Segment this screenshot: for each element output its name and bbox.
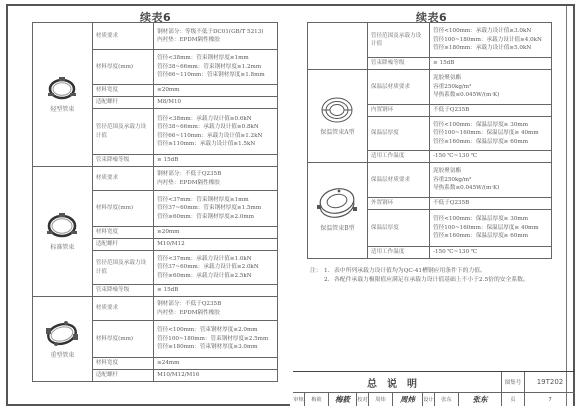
page-number: 7	[525, 393, 575, 406]
property-label: 管束降噪等级	[92, 285, 153, 297]
property-label: 材料厚度(mm)	[92, 50, 153, 85]
drawing-title: 总说明	[293, 372, 502, 393]
table-row: 保温管束B型 保温层材质要求 泥胶聚氨酯容重250kg/m³导热系数≤0.045…	[308, 163, 552, 198]
property-label: 材质要求	[92, 167, 153, 191]
value-text: 不低于Q235B	[430, 105, 552, 117]
property-label: 保温层材质要求	[367, 70, 429, 105]
value-text: ≥20mm	[154, 227, 278, 239]
light-pipe-clamp-icon	[45, 74, 79, 102]
category-light-clamp: 轻型管束	[33, 23, 93, 167]
value-text: 管径≥110mm：承载力设计值≥1.5kN	[157, 140, 274, 149]
value-text: 管径100~160mm：保温层厚度≥ 40mm	[433, 129, 548, 138]
value-text: 管径37~60mm：承载力设计值≥2.0kN	[157, 263, 274, 272]
table-row: 重型管束 材质要求 钢材部分：不低于Q235B内衬垫：EPDM隔性橡胶	[33, 297, 278, 321]
signature-row: 审核 梅筱 梅筱 校对 周炜 周炜 设计 张东 张东 页 7	[293, 393, 575, 406]
value-text: 导热系数≤0.045W/(m·K)	[433, 184, 548, 193]
value-text: 管径≥160mm：保温层厚度≥ 60mm	[433, 138, 548, 147]
property-label: 保温层厚度	[367, 117, 429, 151]
table-row: 保温管束A型 保温层材质要求 泥胶聚氨酯容重250kg/m³导热系数≤0.045…	[308, 70, 552, 105]
value-text: 管径<100mm：保温层厚度≥ 30mm	[433, 121, 548, 130]
property-label: 保温层材质要求	[367, 163, 429, 198]
value-text: 容重250kg/m³	[433, 83, 548, 92]
value-text: 管径<38mm：管束钢材厚度≥1mm	[157, 54, 274, 63]
note-number: 1.	[324, 267, 334, 276]
category-label: 标准管束	[50, 244, 74, 251]
property-label: 外置钢环	[367, 198, 429, 210]
value-text: ≥ 15dB	[154, 285, 278, 297]
atlas-number-label: 图集号	[502, 372, 525, 393]
insulated-clamp-a-icon	[319, 95, 355, 125]
property-label: 适用工作温度	[367, 151, 429, 163]
table-row: 标准管束 材质要求 钢材部分：不低于Q235B内衬垫：EPDM隔性橡胶	[33, 167, 278, 191]
property-label: 材料宽度	[92, 227, 153, 239]
value-text: 泥胶聚氨酯	[433, 74, 548, 83]
value-text: 管径38~66mm：承载力设计值≥0.8kN	[157, 123, 274, 132]
reviewer-name: 梅筱	[305, 393, 329, 406]
value-text: 钢材部分：不低于Q235B	[157, 170, 274, 179]
property-label: 管径范围及承载力设计值	[92, 251, 153, 285]
value-text: 管径≥60mm：承载力设计值≥2.5kN	[157, 272, 274, 281]
property-label: 保温层厚度	[367, 210, 429, 247]
property-label: 管束降噪等级	[367, 58, 429, 70]
property-label: 管束降噪等级	[92, 155, 153, 167]
category-label: 保温管束A型	[320, 129, 354, 136]
property-label: 材料宽度	[92, 358, 153, 370]
design-label: 设计	[423, 393, 435, 406]
notes: 注： 1. 表中所列承载力设计值均为QC-41槽钢应用条件下的力值。 2. 各配…	[310, 267, 555, 285]
table-row: 轻型管束 材质要求 钢材部分：等级不低于DC01(GB/T 5213)内衬垫：E…	[33, 23, 278, 50]
designer-signature: 张东	[459, 393, 502, 406]
left-spec-table: 轻型管束 材质要求 钢材部分：等级不低于DC01(GB/T 5213)内衬垫：E…	[32, 22, 278, 382]
property-label: 内置钢环	[367, 105, 429, 117]
value-text: 管径≥180mm：管束钢材厚度≥3.0mm	[157, 343, 274, 352]
note-text: 各配件承载力极限值应满足在承载力设计值基础上不小于2.5倍的安全系数。	[334, 276, 529, 285]
value-text: 内衬垫：EPDM隔性橡胶	[157, 309, 274, 318]
value-text: M10/M12/M16	[154, 370, 278, 382]
value-text: 管径≥160mm：保温层厚度≥ 60mm	[433, 232, 548, 241]
property-label: 材质要求	[92, 23, 153, 50]
note-item: 注： 1. 表中所列承载力设计值均为QC-41槽钢应用条件下的力值。	[310, 267, 555, 276]
property-label: 材料厚度(mm)	[92, 191, 153, 227]
value-text: 内衬垫：EPDM隔性橡胶	[157, 36, 274, 45]
standard-pipe-clamp-icon	[44, 210, 80, 240]
check-label: 校对	[357, 393, 369, 406]
value-text: 导热系数≤0.045W/(m·K)	[433, 91, 548, 100]
value-text: 内衬垫：EPDM隔性橡胶	[157, 179, 274, 188]
value-text: 管径<37mm：管束钢材厚度≥1mm	[157, 196, 274, 205]
category-insulated-clamp-b: 保温管束B型	[308, 163, 368, 259]
title-block: 总说明 图集号 19T202 审核 梅筱 梅筱 校对 周炜 周炜 设计 张东 张…	[293, 371, 575, 406]
value-text: 管径≥180mm：承载力设计值≥5.0kN	[433, 44, 548, 53]
value-text: 钢材部分：等级不低于DC01(GB/T 5213)	[157, 28, 274, 37]
category-insulated-clamp-a: 保温管束A型	[308, 70, 368, 163]
right-spec-table: 管径范围及承载力设计值 管径<100mm：承载力设计值≥3.0kN管径100~1…	[307, 22, 552, 259]
value-text: 钢材部分：不低于Q235B	[157, 300, 274, 309]
value-text: 管径<100mm：保温层厚度≥ 30mm	[433, 215, 548, 224]
reviewer-signature: 梅筱	[329, 393, 357, 406]
property-label: 适用工作温度	[367, 247, 429, 259]
value-text: 管径38~66mm：管束钢材厚度≥1.2mm	[157, 63, 274, 72]
value-text: 不低于Q235B	[430, 198, 552, 210]
value-text: M10/M12	[154, 239, 278, 251]
atlas-number: 19T202	[525, 372, 575, 393]
category-standard-clamp: 标准管束	[33, 167, 93, 297]
value-text: 管径<37mm：承载力设计值≥1.0kN	[157, 255, 274, 264]
value-text: ≥ 15dB	[154, 155, 278, 167]
page-label: 页	[502, 393, 525, 406]
property-label: 管径范围及承载力设计值	[92, 109, 153, 155]
value-text: ≥20mm	[154, 85, 278, 97]
property-label: 材料厚度(mm)	[92, 321, 153, 358]
note-number: 2.	[324, 276, 334, 285]
checker-name: 周炜	[369, 393, 393, 406]
note-item: 2. 各配件承载力极限值应满足在承载力设计值基础上不小于2.5倍的安全系数。	[310, 276, 555, 285]
value-text: 泥胶聚氨酯	[433, 167, 548, 176]
review-label: 审核	[293, 393, 305, 406]
value-text: 管径100~160mm：保温层厚度≥ 40mm	[433, 224, 548, 233]
value-text: 管径66~110mm：承载力设计值≥1.2kN	[157, 132, 274, 141]
property-label: 管径范围及承载力设计值	[367, 23, 429, 58]
property-label: 适配螺杆	[92, 370, 153, 382]
heavy-pipe-clamp-icon	[42, 318, 82, 348]
value-text: 管径<100mm：管束钢材厚度≥2.0mm	[157, 326, 274, 335]
value-text: ≥ 15dB	[430, 58, 552, 70]
property-label: 材料宽度	[92, 85, 153, 97]
value-text: M8/M10	[154, 97, 278, 109]
category-label: 轻型管束	[50, 106, 74, 113]
checker-signature: 周炜	[393, 393, 423, 406]
category-heavy-clamp-continued	[308, 23, 368, 70]
value-text: 管径100~180mm：承载力设计值≥4.0kN	[433, 36, 548, 45]
property-label: 材质要求	[92, 297, 153, 321]
property-label: 适配螺杆	[92, 97, 153, 109]
value-text: 管径100~180mm：管束钢材厚度≥2.5mm	[157, 335, 274, 344]
value-text: 管径66~110mm：管束钢材厚度≥1.8mm	[157, 71, 274, 80]
value-text: 管径<38mm：承载力设计值≥0.6kN	[157, 115, 274, 124]
table-row: 管径范围及承载力设计值 管径<100mm：承载力设计值≥3.0kN管径100~1…	[308, 23, 552, 58]
category-label: 保温管束B型	[320, 225, 354, 232]
notes-label: 注：	[310, 267, 324, 276]
category-heavy-clamp: 重型管束	[33, 297, 93, 382]
value-text: 管径37~60mm：管束钢材厚度≥1.5mm	[157, 204, 274, 213]
designer-name: 张东	[435, 393, 459, 406]
property-label: 适配螺杆	[92, 239, 153, 251]
value-text: -150 ℃~130 ℃	[430, 151, 552, 163]
insulated-clamp-b-icon	[315, 187, 359, 221]
value-text: 管径≥60mm：管束钢材厚度≥2.0mm	[157, 213, 274, 222]
note-text: 表中所列承载力设计值均为QC-41槽钢应用条件下的力值。	[334, 267, 486, 276]
value-text: -150 ℃~130 ℃	[430, 247, 552, 259]
value-text: 容重250kg/m³	[433, 176, 548, 185]
value-text: 管径<100mm：承载力设计值≥3.0kN	[433, 27, 548, 36]
value-text: ≥24mm	[154, 358, 278, 370]
category-label: 重型管束	[50, 352, 74, 359]
